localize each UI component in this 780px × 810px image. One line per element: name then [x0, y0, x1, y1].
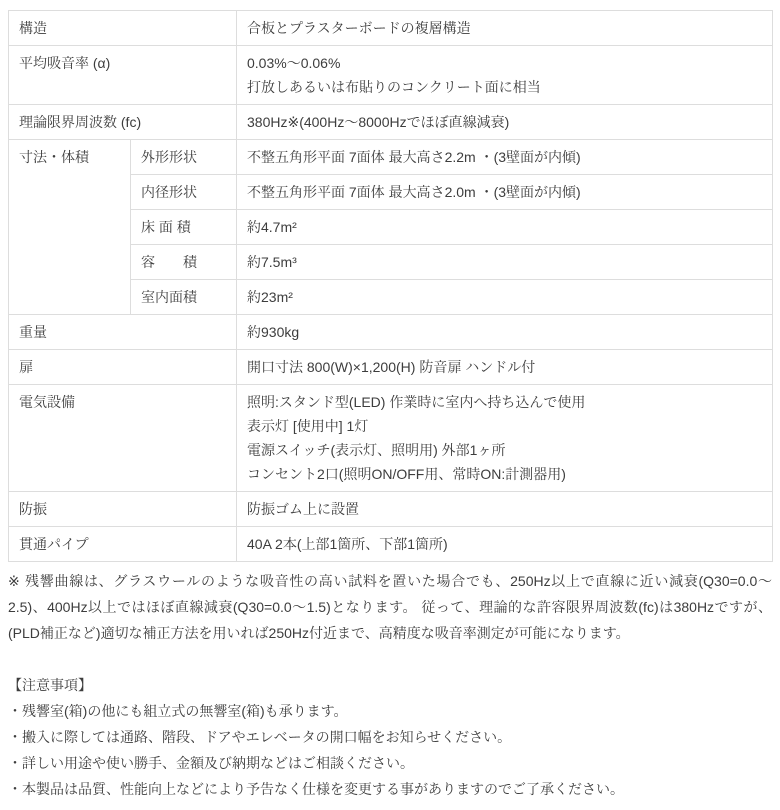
spec-label-through-pipe: 貫通パイプ — [9, 527, 237, 562]
spec-row-electrical-equipment: 電気設備 照明:スタンド型(LED) 作業時に室内へ持ち込んで使用 表示灯 [使… — [9, 385, 773, 492]
cautions-section: 【注意事項】 ・残響室(箱)の他にも組立式の無響室(箱)も承ります。 ・搬入に際… — [8, 672, 772, 802]
spec-value-line: 40A 2本(上部1箇所、下部1箇所) — [247, 532, 762, 556]
caution-item: ・本製品は品質、性能向上などにより予告なく仕様を変更する事がありますのでご了承く… — [8, 776, 772, 802]
spec-label-door: 扉 — [9, 350, 237, 385]
spec-value-line: 380Hz※(400Hz〜8000Hzでほぼ直線減衰) — [247, 110, 762, 134]
spec-value-absorption-coefficient: 0.03%〜0.06% 打放しあるいは布貼りのコンクリート面に相当 — [237, 46, 773, 105]
spec-sublabel-interior-area: 室内面積 — [131, 280, 237, 315]
spec-row-dimensions-outer-shape: 寸法・体積 外形形状 不整五角形平面 7面体 最大高さ2.2m ・(3壁面が内傾… — [9, 140, 773, 175]
spec-row-weight: 重量 約930kg — [9, 315, 773, 350]
spec-value-line: 約930kg — [247, 320, 762, 344]
spec-row-limit-frequency: 理論限界周波数 (fc) 380Hz※(400Hz〜8000Hzでほぼ直線減衰) — [9, 105, 773, 140]
caution-item: ・残響室(箱)の他にも組立式の無響室(箱)も承ります。 — [8, 698, 772, 724]
spec-value-line: 開口寸法 800(W)×1,200(H) 防音扉 ハンドル付 — [247, 355, 762, 379]
spec-sublabel-outer-shape: 外形形状 — [131, 140, 237, 175]
spec-value-electrical-equipment: 照明:スタンド型(LED) 作業時に室内へ持ち込んで使用 表示灯 [使用中] 1… — [237, 385, 773, 492]
spec-label-limit-frequency: 理論限界周波数 (fc) — [9, 105, 237, 140]
spec-value-weight: 約930kg — [237, 315, 773, 350]
caution-item: ・搬入に際しては通路、階段、ドアやエレベータの開口幅をお知らせください。 — [8, 724, 772, 750]
spec-row-door: 扉 開口寸法 800(W)×1,200(H) 防音扉 ハンドル付 — [9, 350, 773, 385]
spec-value-vibration-isolation: 防振ゴム上に設置 — [237, 492, 773, 527]
spec-value-volume: 約7.5m³ — [237, 245, 773, 280]
spec-value-line: コンセント2口(照明ON/OFF用、常時ON:計測器用) — [247, 462, 762, 486]
spec-value-line: 0.03%〜0.06% — [247, 51, 762, 75]
spec-label-vibration-isolation: 防振 — [9, 492, 237, 527]
spec-value-interior-area: 約23m² — [237, 280, 773, 315]
spec-sublabel-floor-area: 床 面 積 — [131, 210, 237, 245]
spec-label-electrical-equipment: 電気設備 — [9, 385, 237, 492]
spec-table: 構造 合板とプラスターボードの複層構造 平均吸音率 (α) 0.03%〜0.06… — [8, 10, 773, 562]
spec-label-weight: 重量 — [9, 315, 237, 350]
spec-value-structure: 合板とプラスターボードの複層構造 — [237, 11, 773, 46]
spec-value-floor-area: 約4.7m² — [237, 210, 773, 245]
spec-label-dimensions: 寸法・体積 — [9, 140, 131, 315]
spec-row-structure: 構造 合板とプラスターボードの複層構造 — [9, 11, 773, 46]
spec-value-line: 合板とプラスターボードの複層構造 — [247, 16, 762, 40]
spec-sublabel-inner-shape: 内径形状 — [131, 175, 237, 210]
spec-value-inner-shape: 不整五角形平面 7面体 最大高さ2.0m ・(3壁面が内傾) — [237, 175, 773, 210]
spec-row-absorption-coefficient: 平均吸音率 (α) 0.03%〜0.06% 打放しあるいは布貼りのコンクリート面… — [9, 46, 773, 105]
caution-item: ・詳しい用途や使い勝手、金額及び納期などはご相談ください。 — [8, 750, 772, 776]
spec-value-line: 照明:スタンド型(LED) 作業時に室内へ持ち込んで使用 — [247, 390, 762, 414]
spec-sublabel-volume: 容 積 — [131, 245, 237, 280]
spec-value-through-pipe: 40A 2本(上部1箇所、下部1箇所) — [237, 527, 773, 562]
reverberation-curve-note: ※ 残響曲線は、グラスウールのような吸音性の高い試料を置いた場合でも、250Hz… — [8, 568, 772, 646]
spec-value-line: 電源スイッチ(表示灯、照明用) 外部1ヶ所 — [247, 438, 762, 462]
spec-label-absorption-coefficient: 平均吸音率 (α) — [9, 46, 237, 105]
spec-value-limit-frequency: 380Hz※(400Hz〜8000Hzでほぼ直線減衰) — [237, 105, 773, 140]
spec-value-line: 防振ゴム上に設置 — [247, 497, 762, 521]
spec-value-line: 打放しあるいは布貼りのコンクリート面に相当 — [247, 75, 762, 99]
spec-value-door: 開口寸法 800(W)×1,200(H) 防音扉 ハンドル付 — [237, 350, 773, 385]
spec-row-through-pipe: 貫通パイプ 40A 2本(上部1箇所、下部1箇所) — [9, 527, 773, 562]
spec-value-line: 表示灯 [使用中] 1灯 — [247, 414, 762, 438]
spec-value-outer-shape: 不整五角形平面 7面体 最大高さ2.2m ・(3壁面が内傾) — [237, 140, 773, 175]
spec-label-structure: 構造 — [9, 11, 237, 46]
spec-row-vibration-isolation: 防振 防振ゴム上に設置 — [9, 492, 773, 527]
cautions-heading: 【注意事項】 — [8, 672, 772, 698]
